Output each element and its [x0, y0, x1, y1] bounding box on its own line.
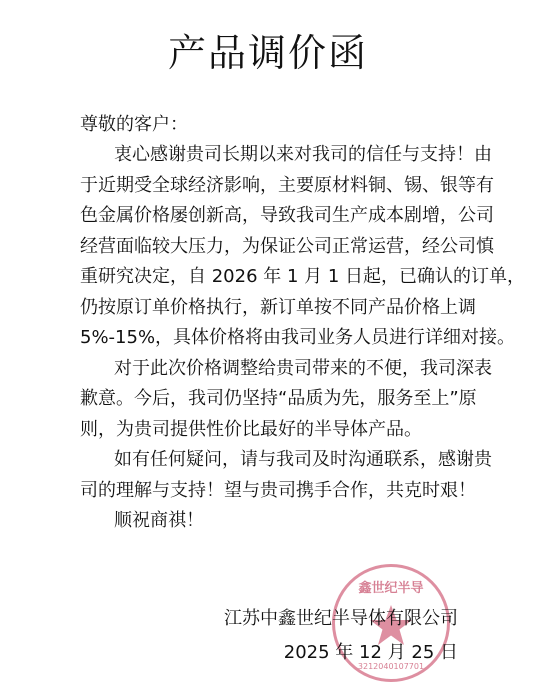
greeting: 尊敬的客户： [80, 110, 188, 140]
text-line: 司的理解与支持！望与贵司携手合作，共克时艰！ [80, 476, 420, 507]
letter-body: 衷心感谢贵司长期以来对我司的信任与支持！由 于近期受全球经济影响，主要原材料铜、… [80, 140, 420, 537]
closing: 顺祝商祺！ [80, 506, 420, 537]
text-line: 5%-15%，具体价格将由我司业务人员进行详细对接。 [80, 323, 420, 354]
text-line: 则，为贵司提供性价比最好的半导体产品。 [80, 415, 420, 446]
text-line: 如有任何疑问，请与我司及时沟通联系，感谢贵 [80, 445, 420, 476]
text-line: 衷心感谢贵司长期以来对我司的信任与支持！由 [80, 140, 420, 171]
text-line: 色金属价格屡创新高，导致我司生产成本剧增，公司 [80, 201, 420, 232]
text-line: 对于此次价格调整给贵司带来的不便，我司深表 [80, 354, 420, 385]
paragraph-3: 如有任何疑问，请与我司及时沟通联系，感谢贵 司的理解与支持！望与贵司携手合作，共… [80, 445, 420, 506]
paragraph-1: 衷心感谢贵司长期以来对我司的信任与支持！由 于近期受全球经济影响，主要原材料铜、… [80, 140, 420, 354]
company-signature: 江苏中鑫世纪半导体有限公司 [224, 604, 458, 630]
text-line: 歉意。今后，我司仍坚持“品质为先，服务至上”原 [80, 384, 420, 415]
text-line: 重研究决定，自 2026 年 1 月 1 日起，已确认的订单， [80, 262, 420, 293]
closing-line: 顺祝商祺！ [80, 506, 420, 537]
text-line: 经营面临较大压力，为保证公司正常运营，经公司慎 [80, 232, 420, 263]
document-title: 产品调价函 [0, 22, 536, 77]
letter-date: 2025 年 12 月 25 日 [284, 638, 458, 664]
paragraph-2: 对于此次价格调整给贵司带来的不便，我司深表 歉意。今后，我司仍坚持“品质为先，服… [80, 354, 420, 446]
text-line: 于近期受全球经济影响，主要原材料铜、锡、银等有 [80, 171, 420, 202]
text-line: 仍按原订单价格执行，新订单按不同产品价格上调 [80, 293, 420, 324]
seal-text: 鑫世纪半导 [351, 577, 431, 596]
